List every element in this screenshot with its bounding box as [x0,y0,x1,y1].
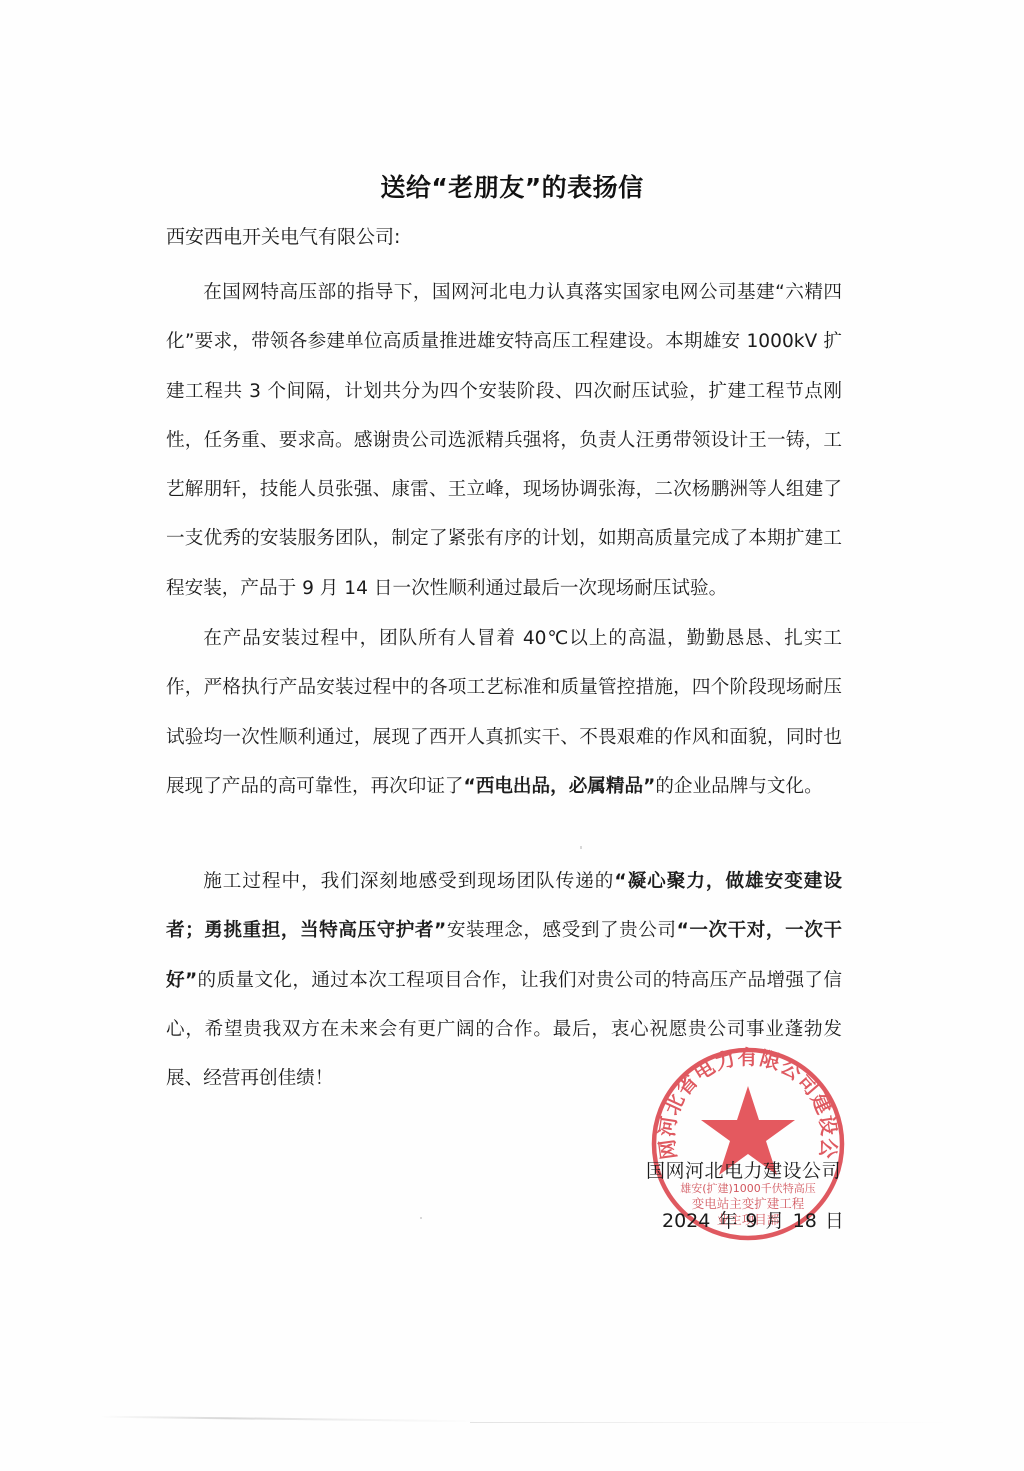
scan-speck [420,1217,422,1219]
signature-organization: 国网河北电力建设公司 [646,1156,841,1183]
text-segment: 的企业品牌与文化。 [655,776,822,797]
paper-crease [470,1422,960,1423]
paper-crease [100,1416,480,1423]
paragraph-text: 在产品安装过程中，团队所有人冒着 40℃以上的高温，勤勤恳恳、扎实工作，严格执行… [166,614,842,811]
bold-slogan-brand: “西电出品，必属精品” [464,776,656,797]
paragraph-1: 在国网特高压部的指导下，国网河北电力认真落实国家电网公司基建“六精四化”要求，带… [166,268,842,613]
signature-date: 2024 年 9 月 18 日 [662,1206,844,1233]
scan-speck [580,846,582,849]
paragraph-2: 在产品安装过程中，团队所有人冒着 40℃以上的高温，勤勤恳恳、扎实工作，严格执行… [166,614,842,811]
text-segment: 在国网特高压部的指导下，国网河北电力认真落实国家电网公司基建“六精四化”要求，带… [166,282,842,599]
text-segment: 在产品安装过程中，团队所有人冒着 40℃以上的高温，勤勤恳恳、扎实工作，严格执行… [166,628,842,797]
letter-page: 送给“老朋友”的表扬信 西安西电开关电气有限公司: 在国网特高压部的指导下，国网… [0,0,1024,1471]
paragraph-text: 在国网特高压部的指导下，国网河北电力认真落实国家电网公司基建“六精四化”要求，带… [166,268,842,613]
seal-inner-text-1: 雄安(扩建)1000千伏特高压 [680,1181,816,1195]
text-segment: 安装理念，感受到了贵公司 [446,920,676,941]
salutation: 西安西电开关电气有限公司: [166,222,400,249]
text-segment: 施工过程中，我们深刻地感受到现场团队传递的 [203,871,614,892]
letter-title: 送给“老朋友”的表扬信 [0,168,1024,204]
